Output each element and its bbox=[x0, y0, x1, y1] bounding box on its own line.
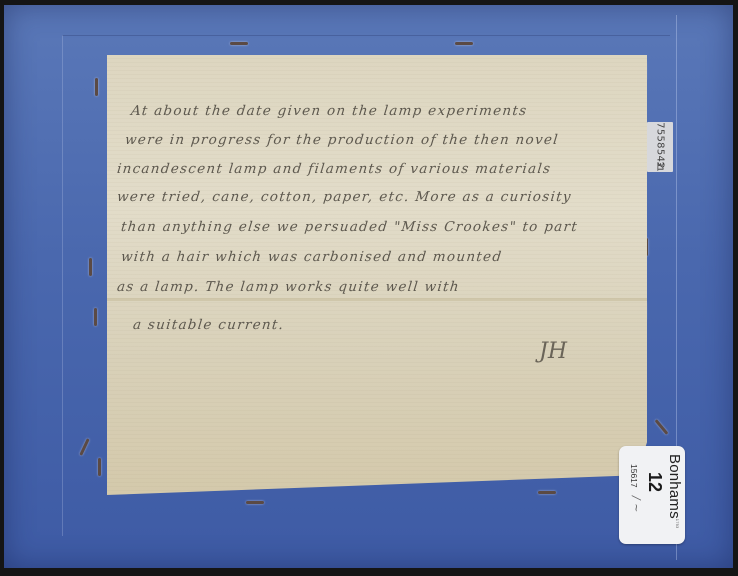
note-line-1: At about the date given on the lamp expe… bbox=[130, 103, 528, 119]
note-line-7: as a lamp. The lamp works quite well wit… bbox=[116, 279, 460, 295]
handwritten-note-paper: At about the date given on the lamp expe… bbox=[107, 55, 647, 495]
note-line-3: incandescent lamp and filaments of vario… bbox=[116, 161, 552, 177]
lot-number: 12 bbox=[644, 472, 665, 492]
brand-name: Bonhams bbox=[666, 454, 683, 519]
staple bbox=[538, 491, 556, 494]
sale-number: 15617 bbox=[629, 464, 639, 488]
note-line-4: were tried, cane, cotton, paper, etc. Mo… bbox=[116, 189, 572, 205]
auction-house-brand: Bonhams1793 bbox=[666, 454, 683, 528]
paper-crease bbox=[107, 298, 647, 301]
auction-lot-sticker: Bonhams1793 12 15617 / ~ bbox=[619, 446, 685, 544]
staple bbox=[230, 42, 248, 45]
staple bbox=[89, 258, 92, 276]
inventory-sub-number: 31 bbox=[656, 152, 665, 182]
inventory-label: 7558542 31 bbox=[647, 122, 673, 172]
note-line-2: were in progress for the production of t… bbox=[124, 132, 560, 148]
staple bbox=[246, 501, 264, 504]
brand-mark: 1793 bbox=[675, 519, 680, 529]
note-line-8: a suitable current. bbox=[132, 317, 285, 333]
signature: JH bbox=[539, 339, 567, 364]
note-line-5: than anything else we persuaded "Miss Cr… bbox=[120, 219, 579, 235]
sale-suffix: / ~ bbox=[630, 496, 643, 512]
staple bbox=[94, 308, 97, 326]
staple bbox=[95, 78, 98, 96]
note-line-6: with a hair which was carbonised and mou… bbox=[120, 249, 503, 265]
staple bbox=[98, 458, 101, 476]
staple bbox=[455, 42, 473, 45]
